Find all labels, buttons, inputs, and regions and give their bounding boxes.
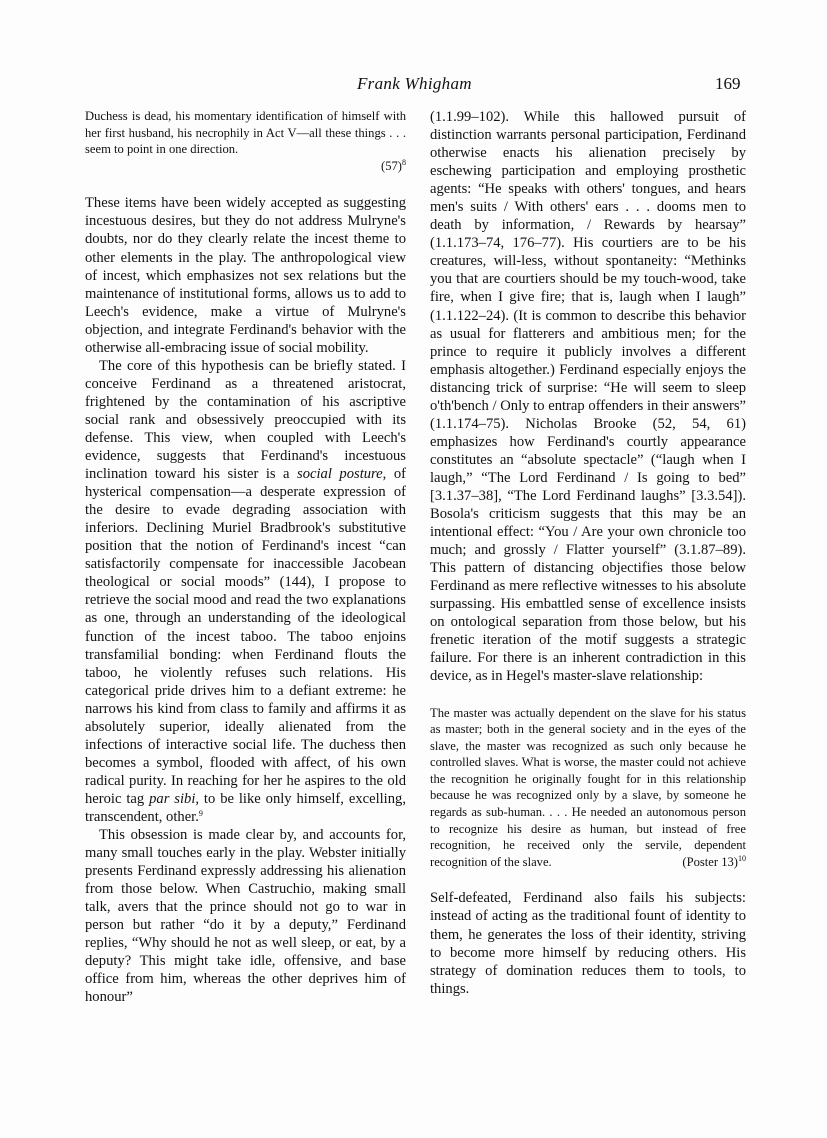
block-quote-text: Duchess is dead, his momentary identific… bbox=[85, 108, 406, 158]
paragraph: The core of this hypothesis can be brief… bbox=[85, 357, 406, 826]
block-quote-continuation: Duchess is dead, his momentary identific… bbox=[85, 108, 406, 174]
paragraph: These items have been widely accepted as… bbox=[85, 194, 406, 356]
paragraph-text: , of hysterical compensation—a desperate… bbox=[85, 466, 406, 807]
left-column: Duchess is dead, his momentary identific… bbox=[85, 108, 406, 1006]
footnote-marker: 9 bbox=[199, 809, 203, 818]
right-column: (1.1.99–102). While this hallowed pursui… bbox=[430, 108, 746, 998]
footnote-marker: 8 bbox=[402, 158, 406, 167]
citation-text: (Poster 13) bbox=[682, 855, 738, 869]
italic-term: social posture bbox=[297, 466, 383, 482]
paragraph: (1.1.99–102). While this hallowed pursui… bbox=[430, 108, 746, 686]
block-quote-body: The master was actually dependent on the… bbox=[430, 706, 746, 869]
page-number: 169 bbox=[715, 74, 741, 94]
block-quote-text: The master was actually dependent on the… bbox=[430, 705, 746, 871]
block-quote-citation: (57)8 bbox=[85, 158, 406, 175]
block-quote-citation: (Poster 13)10 bbox=[682, 854, 746, 871]
italic-term: par sibi bbox=[149, 791, 195, 807]
paragraph: Self-defeated, Ferdinand also fails his … bbox=[430, 889, 746, 997]
block-quote: The master was actually dependent on the… bbox=[430, 705, 746, 871]
paragraph: This obsession is made clear by, and acc… bbox=[85, 826, 406, 1006]
page-header: Frank Whigham 169 bbox=[0, 74, 827, 98]
running-head: Frank Whigham bbox=[357, 74, 472, 94]
footnote-marker: 10 bbox=[738, 854, 746, 863]
paragraph-text: The core of this hypothesis can be brief… bbox=[85, 358, 406, 482]
citation-text: (57) bbox=[381, 159, 402, 173]
